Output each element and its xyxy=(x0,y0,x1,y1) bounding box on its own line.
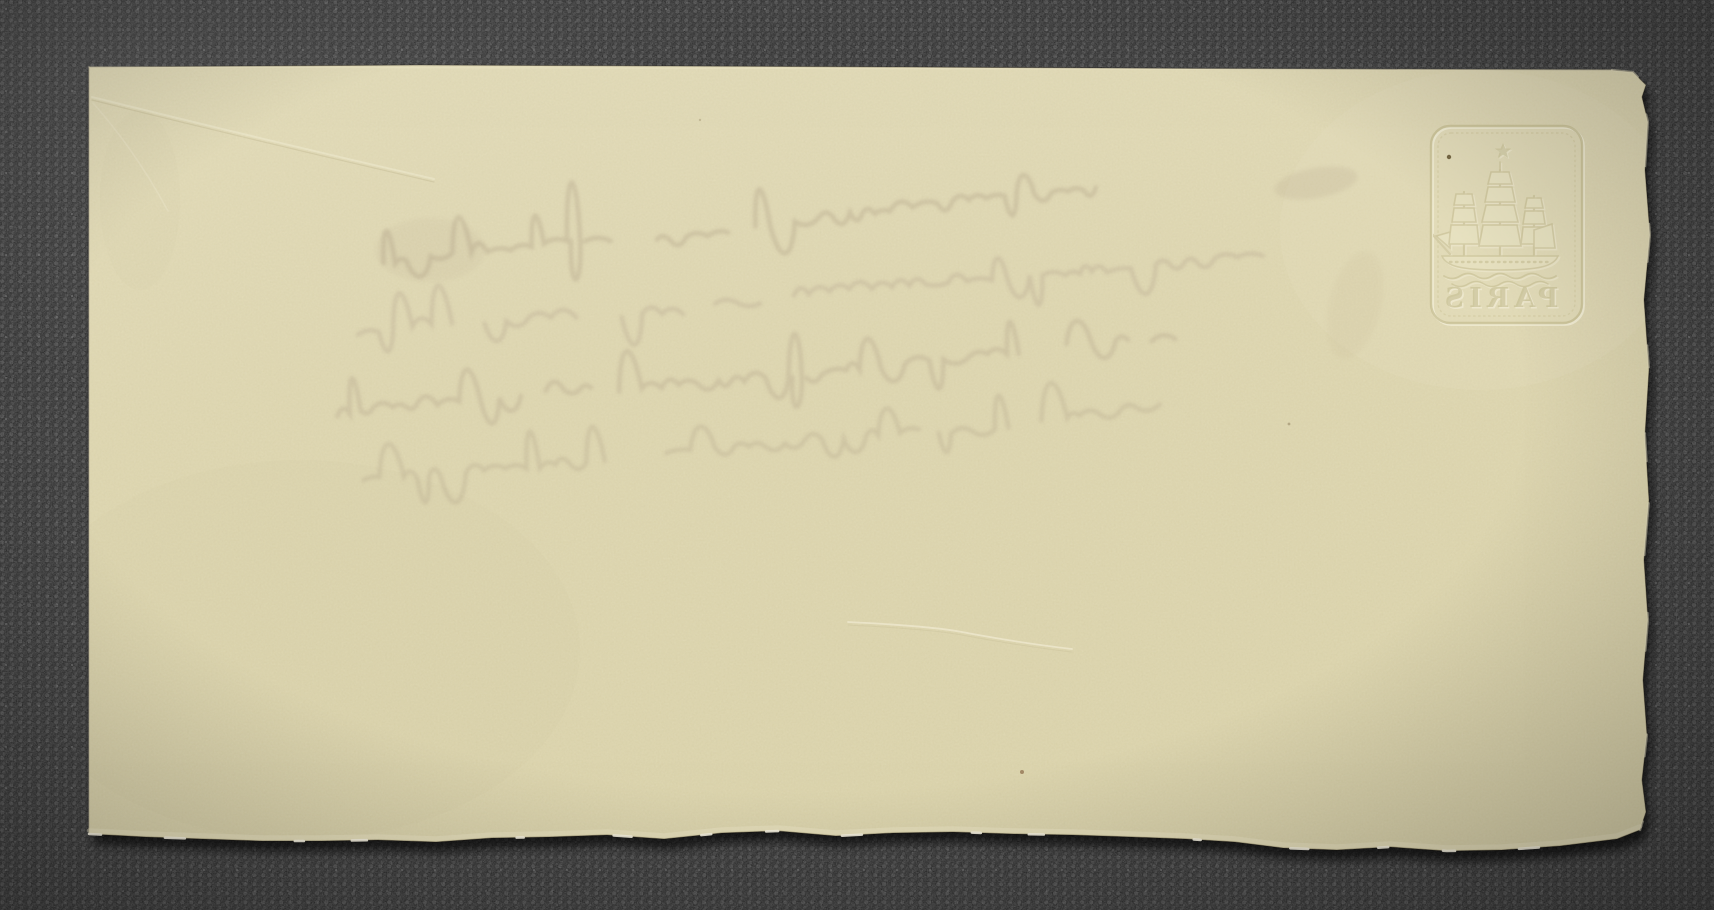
scanned-photo: Back of a cream envelope with blind-embo… xyxy=(0,0,1714,910)
photo-of-envelope: Back of a cream envelope with blind-embo… xyxy=(0,0,1714,910)
photo-vignette xyxy=(0,0,1714,910)
